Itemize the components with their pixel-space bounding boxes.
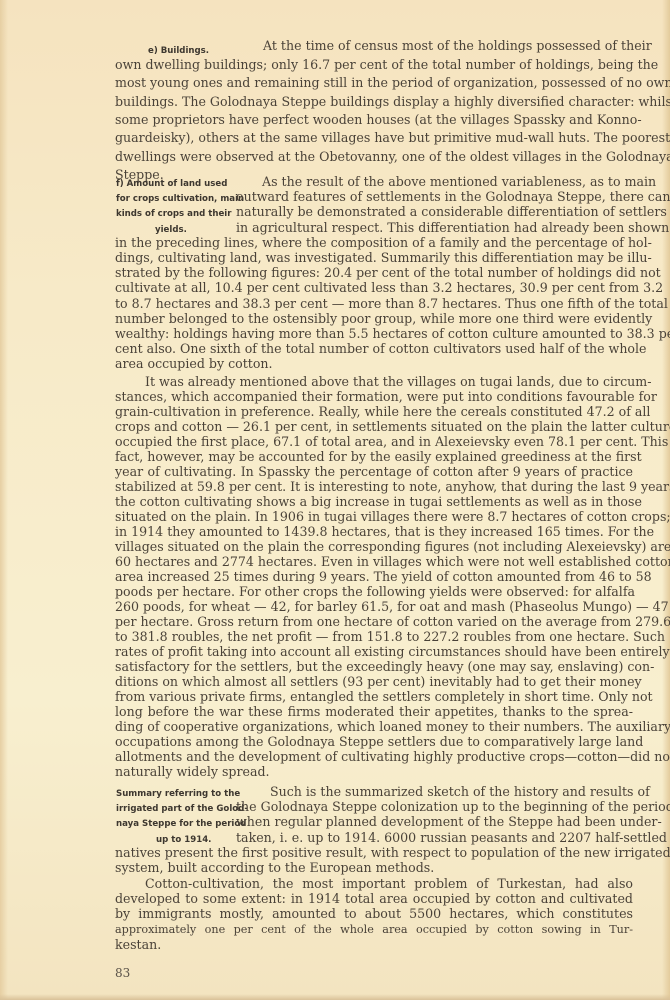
- text-line: own dwelling buildings; only 16.7 per ce…: [115, 57, 633, 72]
- text-line: by immigrants mostly, amounted to about …: [115, 906, 633, 921]
- text-line: allotments and the development of cultiv…: [115, 749, 633, 764]
- text-line: year of cultivating. In Spassky the perc…: [115, 464, 633, 479]
- text-line: At the time of census most of the holdin…: [263, 38, 633, 53]
- marginal-heading-land: kinds of crops and their: [116, 207, 231, 222]
- text-line: crops and cotton — 26.1 per cent, in set…: [115, 419, 633, 434]
- text-line: occupied the first place, 67.1 of total …: [115, 434, 633, 449]
- text-line: the cotton cultivating shows a big incre…: [115, 494, 633, 509]
- text-line: grain-cultivation in preference. Really,…: [115, 404, 633, 419]
- text-line: cent also. One sixth of the total number…: [115, 341, 633, 356]
- text-line: Cotton-cultivation, the most important p…: [145, 876, 633, 891]
- text-line: to 381.8 roubles, the net profit — from …: [115, 629, 633, 644]
- text-line: Such is the summarized sketch of the his…: [270, 784, 633, 799]
- text-line: naturally be demonstrated a considerable…: [236, 204, 633, 219]
- marginal-heading-land: for crops cultivation, main: [116, 192, 244, 207]
- text-line: the Golodnaya Steppe colonization up to …: [236, 799, 633, 814]
- text-line: kestan.: [115, 937, 633, 952]
- text-line: developed to some extent: in 1914 total …: [115, 891, 633, 906]
- text-line: area occupied by cotton.: [115, 356, 633, 371]
- text-line: in 1914 they amounted to 1439.8 hectares…: [115, 524, 633, 539]
- text-line: buildings. The Golodnaya Steppe building…: [115, 94, 633, 109]
- text-line: 260 poods, for wheat — 42, for barley 61…: [115, 599, 633, 614]
- text-line: approximately one per cent of the whole …: [115, 922, 633, 937]
- page-number: 83: [115, 966, 130, 980]
- marginal-heading-summary: Summary referring to the: [116, 787, 240, 802]
- text-line: most young ones and remaining still in t…: [115, 75, 633, 90]
- text-line: guardeisky), others at the same villages…: [115, 130, 633, 145]
- text-line: occupations among the Golodnaya Steppe s…: [115, 734, 633, 749]
- page-edge-shadow-bottom: [0, 994, 670, 1000]
- text-line: dings, cultivating land, was investigate…: [115, 250, 633, 265]
- text-line: naturally widely spread.: [115, 764, 633, 779]
- text-line: villages situated on the plain the corre…: [115, 539, 633, 554]
- text-line: strated by the following figures: 20.4 p…: [115, 265, 633, 280]
- text-line: ding of cooperative organizations, which…: [115, 719, 633, 734]
- text-line: number belonged to the ostensibly poor g…: [115, 311, 633, 326]
- text-line: 60 hectares and 2774 hectares. Even in v…: [115, 554, 633, 569]
- text-line: rates of profit taking into account all …: [115, 644, 633, 659]
- text-line: from various private firms, entangled th…: [115, 689, 633, 704]
- text-line: system, built according to the European …: [115, 860, 633, 875]
- text-line: per hectare. Gross return from one hecta…: [115, 614, 633, 629]
- text-line: long before the war these firms moderate…: [115, 704, 633, 719]
- text-line: It was already mentioned above that the …: [145, 374, 633, 389]
- text-line: some proprietors have perfect wooden hou…: [115, 112, 633, 127]
- text-line: outward features of settlements in the G…: [236, 189, 633, 204]
- marginal-heading-land: f) Amount of land used: [116, 177, 227, 192]
- text-line: natives present the first positive resul…: [115, 845, 633, 860]
- text-line: poods per hectare. For other crops the f…: [115, 584, 633, 599]
- text-line: taken, i. e. up to 1914. 6000 russian pe…: [236, 830, 633, 845]
- text-line: cultivate at all, 10.4 per cent cultivat…: [115, 280, 633, 295]
- text-line: when regular planned development of the …: [236, 814, 633, 829]
- text-line: situated on the plain. In 1906 in tugai …: [115, 509, 633, 524]
- text-line: As the result of the above mentioned var…: [262, 174, 633, 189]
- text-line: dwellings were observed at the Obetovann…: [115, 149, 633, 164]
- text-line: stances, which accompanied their formati…: [115, 389, 633, 404]
- text-line: wealthy: holdings having more than 5.5 h…: [115, 326, 633, 341]
- text-line: stabilized at 59.8 per cent. It is inter…: [115, 479, 633, 494]
- text-line: in the preceding lines, where the compos…: [115, 235, 633, 250]
- text-line: satisfactory for the settlers, but the e…: [115, 659, 633, 674]
- text-line: area increased 25 times during 9 years. …: [115, 569, 633, 584]
- text-line: in agricultural respect. This differenti…: [236, 220, 633, 235]
- marginal-heading-summary: irrigated part of the Golod-: [116, 802, 248, 817]
- page-edge-shadow-left: [0, 0, 8, 1000]
- text-line: ditions on which almost all settlers (93…: [115, 674, 633, 689]
- text-line: fact, however, may be accounted for by t…: [115, 449, 633, 464]
- marginal-heading-summary: naya Steppe for the period: [116, 817, 246, 832]
- text-line: to 8.7 hectares and 38.3 per cent — more…: [115, 296, 633, 311]
